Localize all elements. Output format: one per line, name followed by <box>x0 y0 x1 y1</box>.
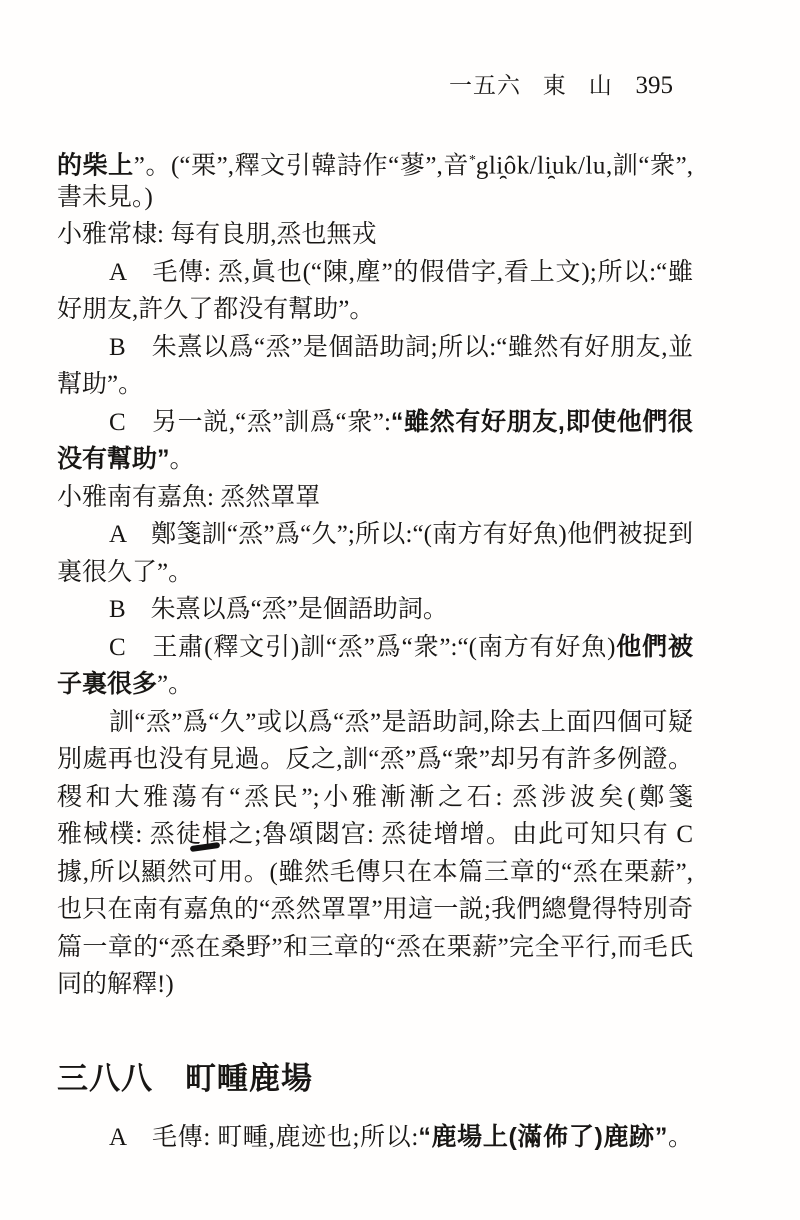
text-segment: 篇一章的“烝在桑野”和三章的“烝在栗薪”完全平行,而毛氏竟有不 <box>57 934 693 967</box>
text-segment: 別處再也没有見過。反之,訓“烝”爲“衆”却另有許多例證。尚書益 <box>57 746 693 779</box>
text-line: 別處再也没有見過。反之,訓“烝”爲“衆”却另有許多例證。尚書益 <box>57 741 693 779</box>
text-line: 篇一章的“烝在桑野”和三章的“烝在栗薪”完全平行,而毛氏竟有不 <box>57 929 693 967</box>
text-line: 小雅常棣: 每有良朋,烝也無戎 <box>57 216 693 254</box>
text-segment: C 王肅(釋文引)訓“烝”爲“衆”:“(南方有好魚) <box>109 634 615 661</box>
text-segment: B 朱熹以爲“烝”是個語助詞;所以:“雖然有好朋友,並没有 <box>57 334 693 367</box>
text-line: A 毛傳: 町畽,鹿迹也;所以:“鹿場上(滿佈了)鹿跡”。換言 <box>57 1119 693 1157</box>
book-page: 一五六 東 山 395 的柴上”。(“栗”,釋文引韓詩作“蓼”,音*gli̯ôk… <box>0 0 800 1220</box>
page-header: 一五六 東 山 395 <box>57 72 693 100</box>
page-number: 395 <box>636 72 674 99</box>
emphasis-text: 没有幫助” <box>57 445 170 473</box>
text-segment: C 另一説,“烝”訓爲“衆”: <box>109 409 391 436</box>
emphasis-text: “鹿場上(滿佈了)鹿跡” <box>418 1123 667 1151</box>
text-line: B 朱熹以爲“烝”是個語助詞;所以:“雖然有好朋友,並没有 <box>57 329 693 367</box>
text-segment: 雅棫樸: 烝徒楫之;魯頌閟宫: 烝徒增增。由此可知只有 C 説有根 <box>57 821 693 854</box>
text-segment: A 鄭箋訓“烝”爲“久”;所以:“(南方有好魚)他們被捉到筐子 <box>57 521 693 554</box>
emphasis-text: 的柴上 <box>57 151 134 178</box>
text-line: 没有幫助”。 <box>57 441 693 479</box>
text-line: 訓“烝”爲“久”或以爲“烝”是語助詞,除去上面四個可疑的例, <box>57 704 693 742</box>
text-segment: 據,所以顯然可用。(雖然毛傳只在本篇三章的“烝在栗薪”,而王肅 <box>57 859 693 892</box>
reconstruction-asterisk: * <box>469 152 476 167</box>
text-line: A 毛傳: 烝,眞也(“陳,塵”的假借字,看上文);所以:“雖然有 <box>57 254 693 292</box>
section-heading: 三八八 町畽鹿場 <box>57 1057 693 1101</box>
emphasis-text: 子裏很多 <box>57 670 157 698</box>
text-line: 子裏很多”。 <box>57 666 693 704</box>
text-segment: 小雅南有嘉魚: 烝然罩罩 <box>57 484 320 511</box>
text-segment: 書未見。) <box>57 184 153 211</box>
text-segment: 裏很久了”。 <box>57 559 193 586</box>
text-line: B 朱熹以爲“烝”是個語助詞。 <box>57 591 693 629</box>
text-line: 好朋友,許久了都没有幫助”。 <box>57 291 693 329</box>
text-line: 據,所以顯然可用。(雖然毛傳只在本篇三章的“烝在栗薪”,而王肅 <box>57 854 693 892</box>
text-line: A 鄭箋訓“烝”爲“久”;所以:“(南方有好魚)他們被捉到筐子 <box>57 516 693 554</box>
text-segment: 小雅常棣: 每有良朋,烝也無戎 <box>57 221 376 248</box>
section-number: 一五六 <box>449 73 521 98</box>
text-line: 同的解釋!) <box>57 966 693 1004</box>
text-line: 也只在南有嘉魚的“烝然罩罩”用這一説;我們總覺得特別奇怪,本 <box>57 891 693 929</box>
text-line: 裏很久了”。 <box>57 554 693 592</box>
text-line: C 另一説,“烝”訓爲“衆”:“雖然有好朋友,即使他們很多,也 <box>57 404 693 442</box>
text-line: 書未見。) <box>57 179 693 217</box>
text-line: 稷和大雅蕩有“烝民”;小雅漸漸之石: 烝涉波矣(鄭箋訓“衆”);大 <box>57 779 693 817</box>
text-segment: ”。 <box>157 671 193 698</box>
text-segment: 幫助”。 <box>57 371 143 398</box>
text-segment: ”。(“栗”,釋文引韓詩作“蓼”,音 <box>134 152 469 178</box>
text-segment: 好朋友,許久了都没有幫助”。 <box>57 296 374 323</box>
text-line: C 王肅(釋文引)訓“烝”爲“衆”:“(南方有好魚)他們被捉到筐 <box>57 629 693 667</box>
text-segment: A 毛傳: 烝,眞也(“陳,塵”的假借字,看上文);所以:“雖然有 <box>57 259 693 292</box>
text-segment: A 毛傳: 町畽,鹿迹也;所以: <box>109 1124 418 1151</box>
text-line: 雅棫樸: 烝徒楫之;魯頌閟宫: 烝徒增增。由此可知只有 C 説有根 <box>57 816 693 854</box>
text-segment: B 朱熹以爲“烝”是個語助詞。 <box>109 596 448 623</box>
text-line: 幫助”。 <box>57 366 693 404</box>
text-line: 的柴上”。(“栗”,釋文引韓詩作“蓼”,音*gli̯ôk/li̯uk/lu,訓“… <box>57 141 693 179</box>
text-line: 小雅南有嘉魚: 烝然罩罩 <box>57 479 693 517</box>
text-block: 的柴上”。(“栗”,釋文引韓詩作“蓼”,音*gli̯ôk/li̯uk/lu,訓“… <box>57 141 693 1156</box>
text-segment: 訓“烝”爲“久”或以爲“烝”是語助詞,除去上面四個可疑的例, <box>57 709 693 742</box>
text-segment: 稷和大雅蕩有“烝民”;小雅漸漸之石: 烝涉波矣(鄭箋訓“衆”);大 <box>57 784 693 817</box>
text-segment: 。 <box>170 446 195 473</box>
phonetic-notation: gli̯ôk/li̯uk/lu <box>476 152 606 178</box>
text-segment: 也只在南有嘉魚的“烝然罩罩”用這一説;我們總覺得特別奇怪,本 <box>57 896 693 929</box>
chapter-title: 東 山 <box>543 73 612 98</box>
text-segment: 同的解釋!) <box>57 971 174 998</box>
